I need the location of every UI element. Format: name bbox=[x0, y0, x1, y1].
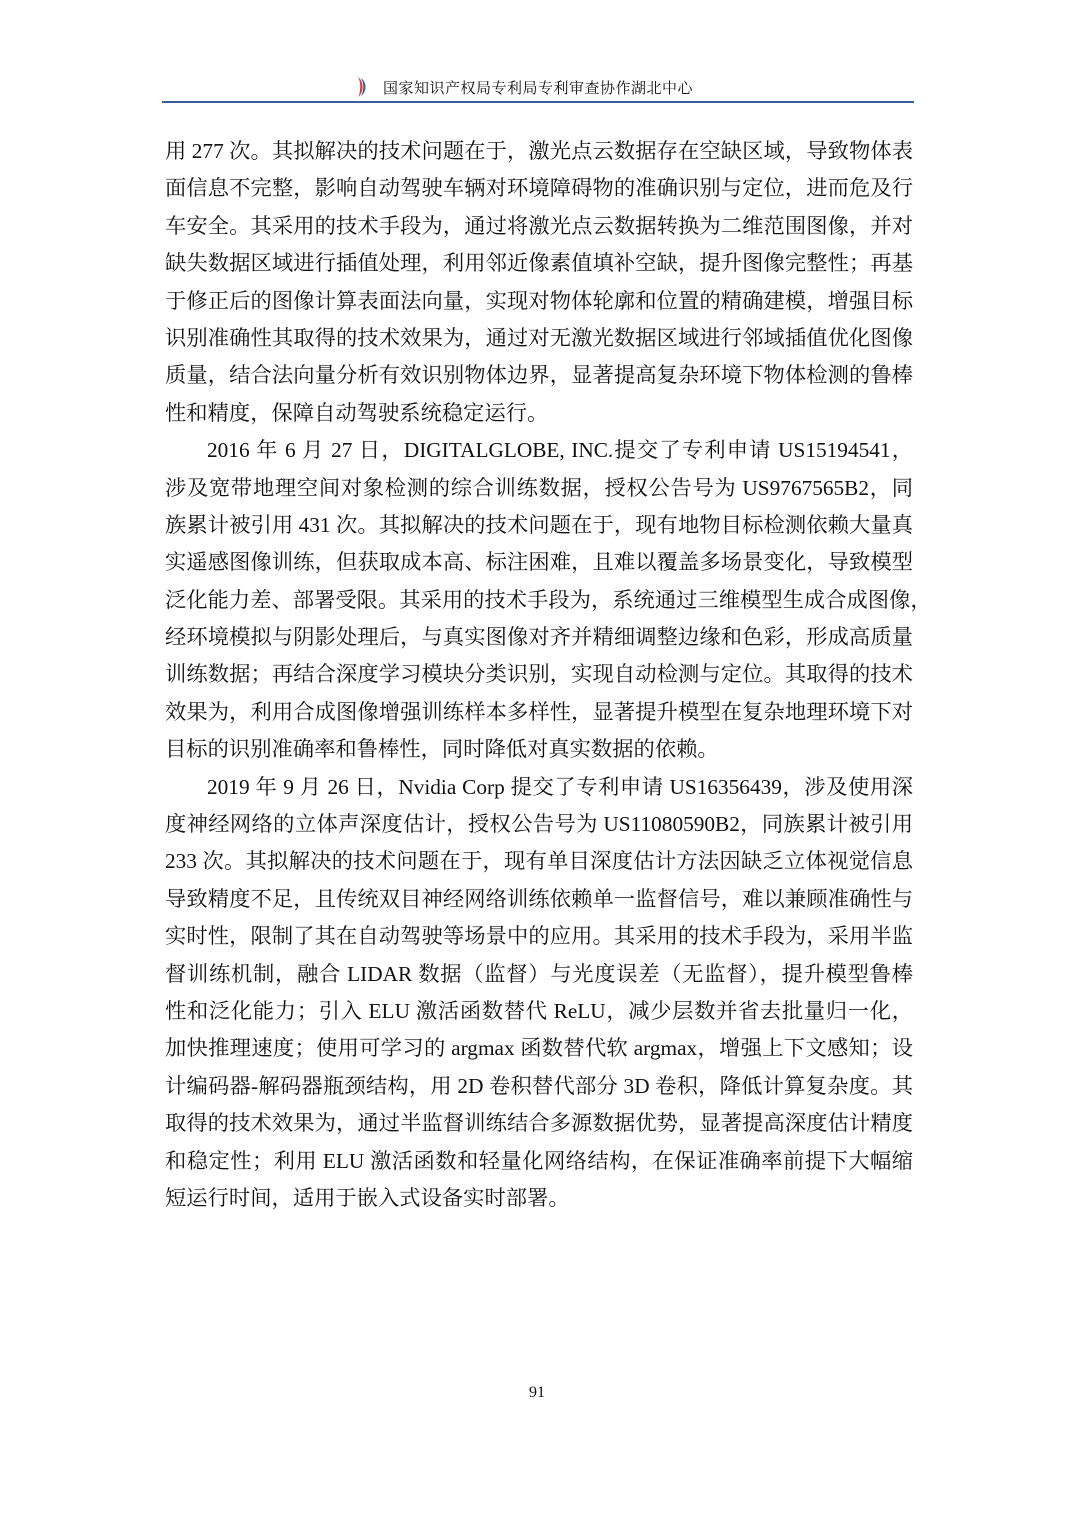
document-body: 用 277 次。其拟解决的技术问题在于，激光点云数据存在空缺区域，导致物体表 面… bbox=[165, 133, 913, 1217]
text-line: 性和泛化能力；引入 ELU 激活函数替代 ReLU，减少层数并省去批量归一化， bbox=[165, 993, 913, 1030]
text-line: 导致精度不足，且传统双目神经网络训练依赖单一监督信号，难以兼顾准确性与 bbox=[165, 881, 913, 918]
paragraph: 2016 年 6 月 27 日，DIGITALGLOBE, INC.提交了专利申… bbox=[165, 432, 913, 769]
text-line: 2019 年 9 月 26 日，Nvidia Corp 提交了专利申请 US16… bbox=[165, 769, 913, 806]
header-divider bbox=[162, 101, 914, 103]
text-line: 用 277 次。其拟解决的技术问题在于，激光点云数据存在空缺区域，导致物体表 bbox=[165, 133, 913, 170]
text-line: 车安全。其采用的技术手段为，通过将激光点云数据转换为二维范围图像，并对 bbox=[165, 208, 913, 245]
text-line: 于修正后的图像计算表面法向量，实现对物体轮廓和位置的精确建模，增强目标 bbox=[165, 283, 913, 320]
text-line: 效果为，利用合成图像增强训练样本多样性，显著提升模型在复杂地理环境下对 bbox=[165, 694, 913, 731]
text-line: 泛化能力差、部署受限。其采用的技术手段为，系统通过三维模型生成合成图像， bbox=[165, 582, 913, 619]
text-line: 缺失数据区域进行插值处理，利用邻近像素值填补空缺，提升图像完整性；再基 bbox=[165, 245, 913, 282]
text-line: 性和精度，保障自动驾驶系统稳定运行。 bbox=[165, 395, 913, 432]
text-line: 取得的技术效果为，通过半监督训练结合多源数据优势，显著提高深度估计精度 bbox=[165, 1105, 913, 1142]
paragraph: 用 277 次。其拟解决的技术问题在于，激光点云数据存在空缺区域，导致物体表 面… bbox=[165, 133, 913, 432]
text-line: 计编码器-解码器瓶颈结构，用 2D 卷积替代部分 3D 卷积，降低计算复杂度。其 bbox=[165, 1068, 913, 1105]
text-line: 族累计被引用 431 次。其拟解决的技术问题在于，现有地物目标检测依赖大量真 bbox=[165, 507, 913, 544]
text-line: 质量，结合法向量分析有效识别物体边界，显著提高复杂环境下物体检测的鲁棒 bbox=[165, 357, 913, 394]
text-line: 和稳定性；利用 ELU 激活函数和轻量化网络结构，在保证准确率前提下大幅缩 bbox=[165, 1143, 913, 1180]
text-line: 涉及宽带地理空间对象检测的综合训练数据，授权公告号为 US9767565B2，同 bbox=[165, 470, 913, 507]
text-line: 经环境模拟与阴影处理后，与真实图像对齐并精细调整边缘和色彩，形成高质量 bbox=[165, 619, 913, 656]
paragraph: 2019 年 9 月 26 日，Nvidia Corp 提交了专利申请 US16… bbox=[165, 769, 913, 1218]
text-line: 训练数据；再结合深度学习模块分类识别，实现自动检测与定位。其取得的技术 bbox=[165, 656, 913, 693]
text-line: 督训练机制，融合 LIDAR 数据（监督）与光度误差（无监督），提升模型鲁棒 bbox=[165, 956, 913, 993]
text-line: 目标的识别准确率和鲁棒性，同时降低对真实数据的依赖。 bbox=[165, 731, 913, 768]
page-number: 91 bbox=[0, 1384, 1074, 1402]
text-line: 2016 年 6 月 27 日，DIGITALGLOBE, INC.提交了专利申… bbox=[165, 432, 913, 469]
text-line: 实遥感图像训练，但获取成本高、标注困难，且难以覆盖多场景变化，导致模型 bbox=[165, 544, 913, 581]
text-line: 短运行时间，适用于嵌入式设备实时部署。 bbox=[165, 1180, 913, 1217]
text-line: 加快推理速度；使用可学习的 argmax 函数替代软 argmax，增强上下文感… bbox=[165, 1030, 913, 1067]
text-line: 识别准确性其取得的技术效果为，通过对无激光数据区域进行邻域插值优化图像 bbox=[165, 320, 913, 357]
text-line: 度神经网络的立体声深度估计，授权公告号为 US11080590B2，同族累计被引… bbox=[165, 806, 913, 843]
text-line: 实时性，限制了其在自动驾驶等场景中的应用。其采用的技术手段为，采用半监 bbox=[165, 918, 913, 955]
cnipa-logo-icon bbox=[355, 76, 369, 98]
text-line: 面信息不完整，影响自动驾驶车辆对环境障碍物的准确识别与定位，进而危及行 bbox=[165, 170, 913, 207]
page-header: 国家知识产权局专利局专利审查协作湖北中心 bbox=[163, 74, 913, 100]
text-line: 233 次。其拟解决的技术问题在于，现有单目深度估计方法因缺乏立体视觉信息 bbox=[165, 843, 913, 880]
header-title: 国家知识产权局专利局专利审查协作湖北中心 bbox=[383, 77, 693, 98]
